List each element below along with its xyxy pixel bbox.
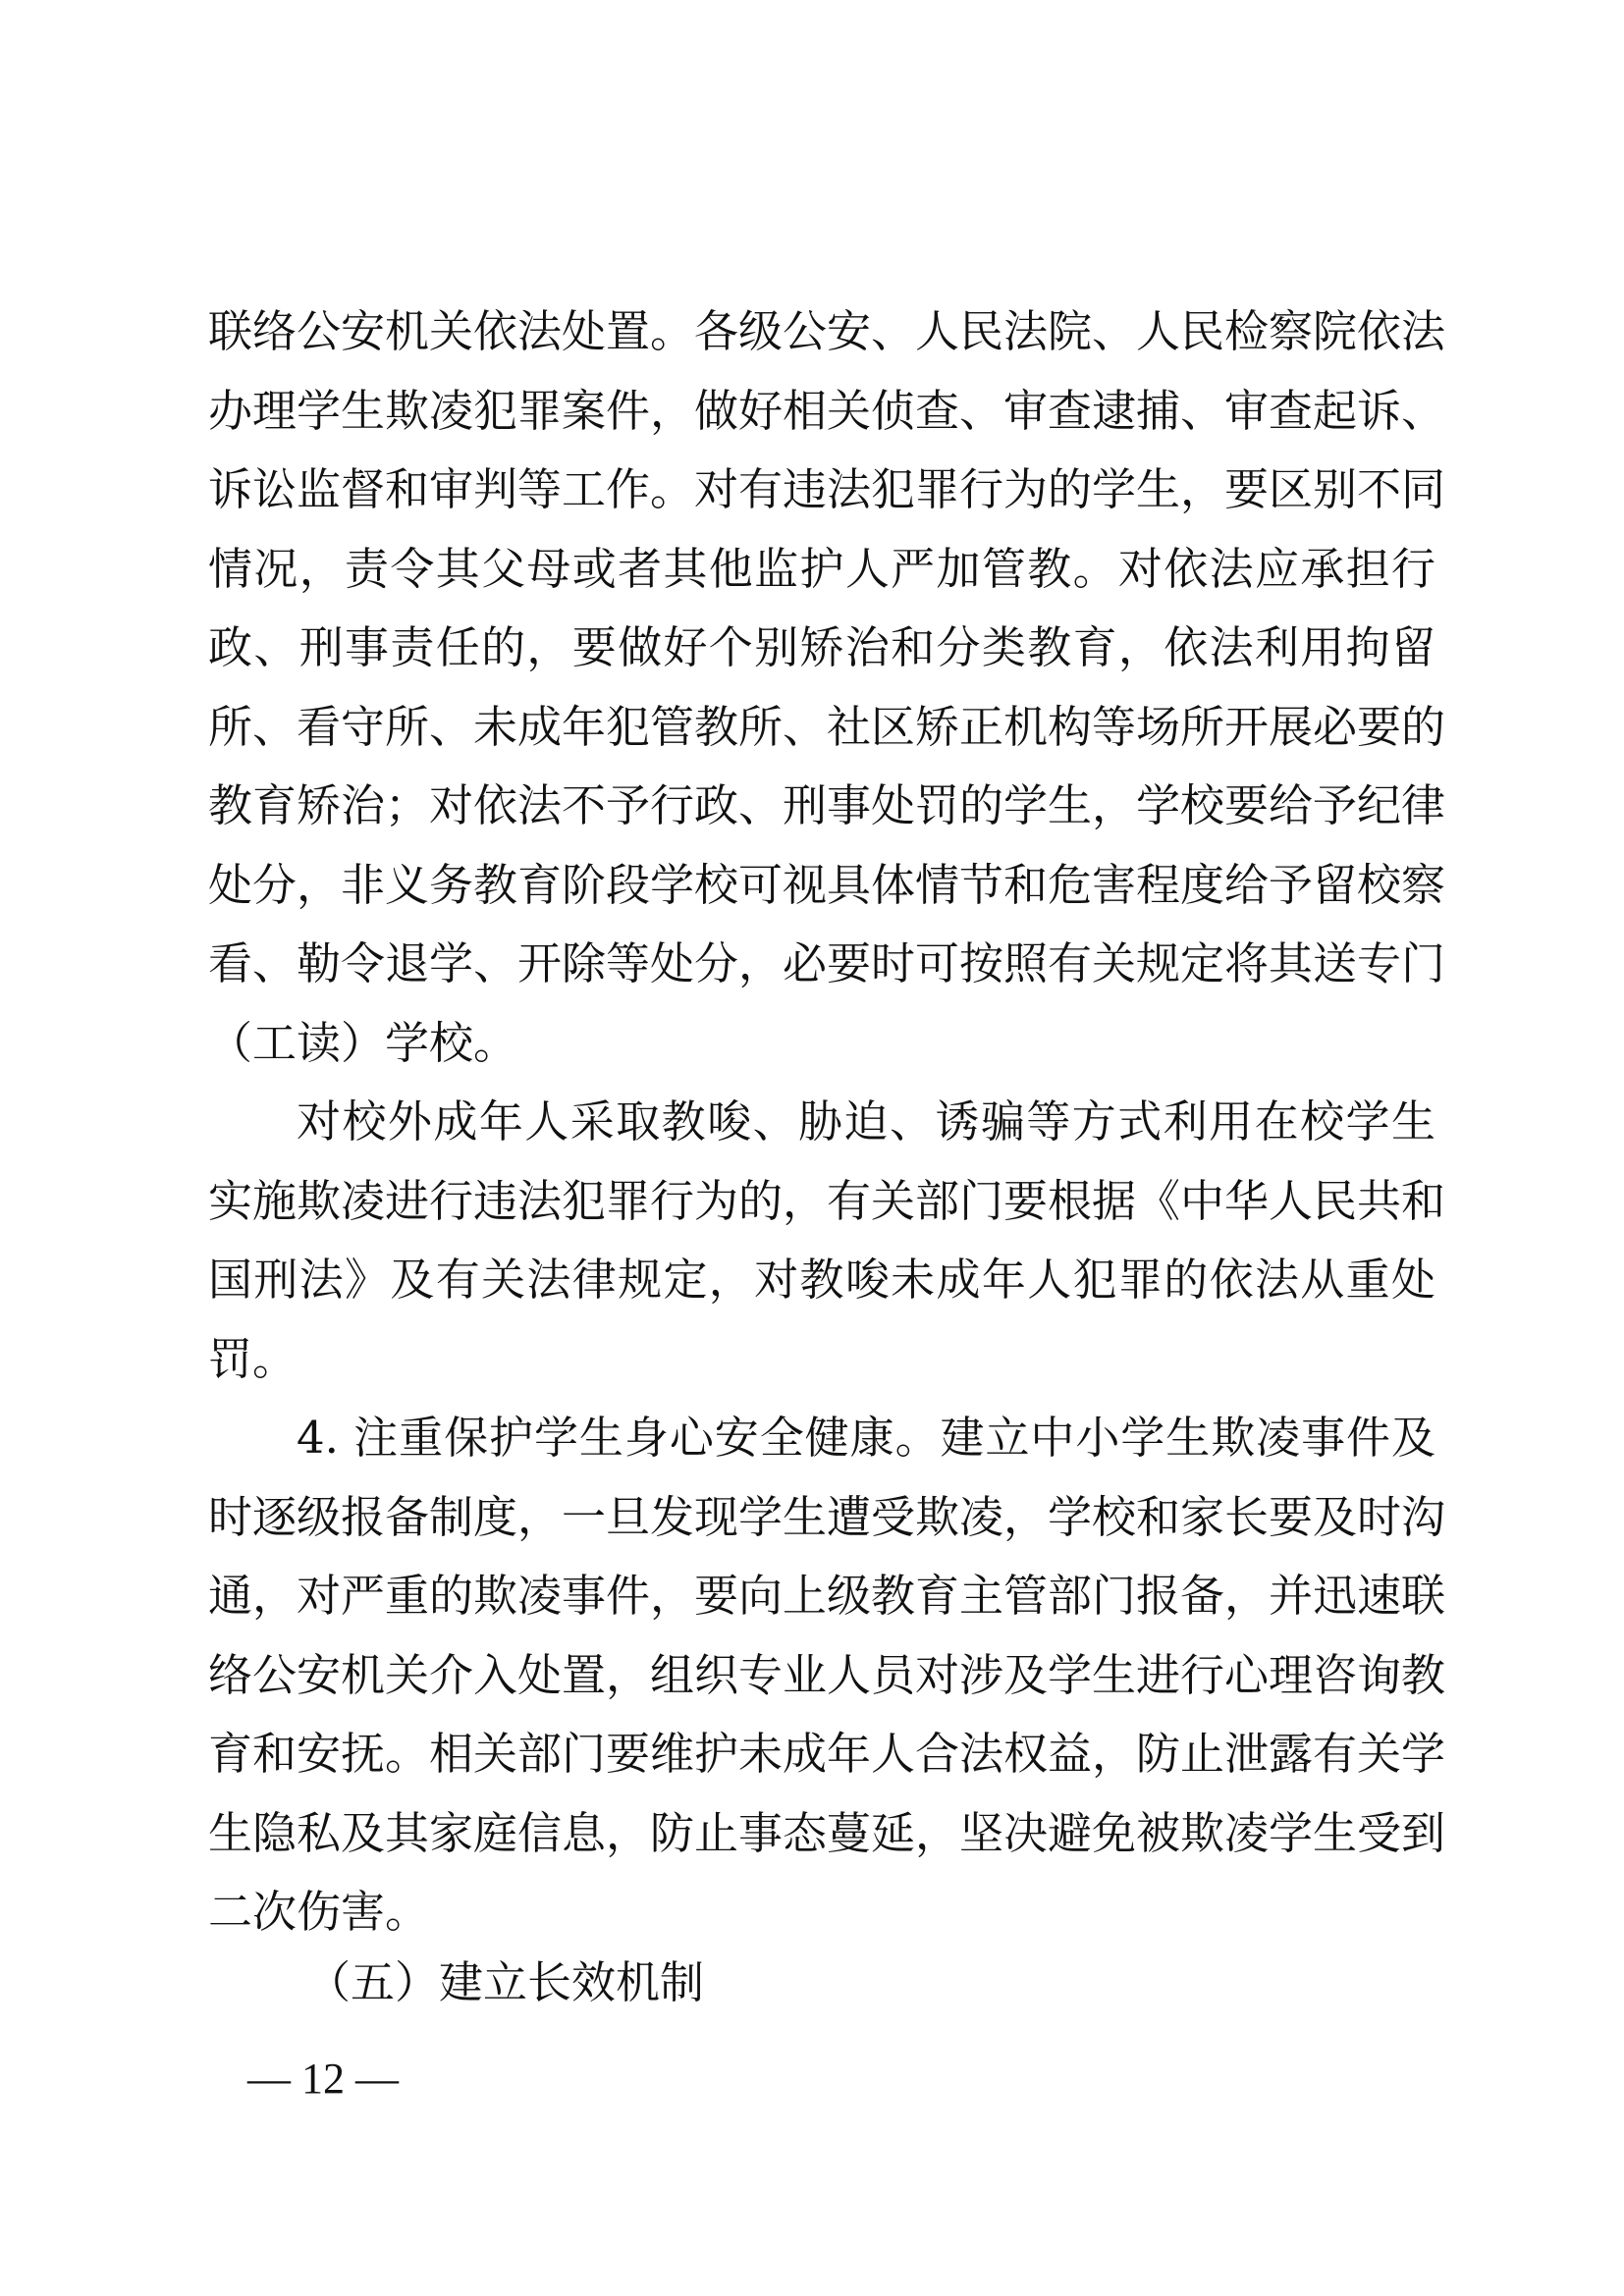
- text-line: 实施欺凌进行违法犯罪行为的，有关部门要根据《中华人民共和: [208, 1162, 1435, 1242]
- numbered-item-line: 4. 注重保护学生身心安全健康。建立中小学生欺凌事件及: [208, 1399, 1435, 1478]
- text-line: 情况，责令其父母或者其他监护人严加管教。对依法应承担行: [208, 530, 1435, 610]
- paragraph-start-line: 对校外成年人采取教唆、胁迫、诱骗等方式利用在校学生: [208, 1083, 1435, 1162]
- text-line: 育和安抚。相关部门要维护未成年人合法权益，防止泄露有关学: [208, 1715, 1435, 1794]
- section-heading: （五）建立长效机制: [306, 1944, 704, 2022]
- text-line: 政、刑事责任的，要做好个别矫治和分类教育，依法利用拘留: [208, 609, 1435, 688]
- text-line: 办理学生欺凌犯罪案件，做好相关侦查、审查逮捕、审查起诉、: [208, 372, 1435, 452]
- text-line: 二次伤害。: [208, 1873, 1435, 1952]
- text-line: 络公安机关介入处置，组织专业人员对涉及学生进行心理咨询教: [208, 1636, 1435, 1716]
- document-page: 联络公安机关依法处置。各级公安、人民法院、人民检察院依法 办理学生欺凌犯罪案件，…: [0, 0, 1624, 2296]
- text-line: （工读）学校。: [208, 1004, 1435, 1084]
- text-line: 处分，非义务教育阶段学校可视具体情节和危害程度给予留校察: [208, 846, 1435, 926]
- page-number: — 12 —: [247, 2050, 399, 2109]
- text-line: 诉讼监督和审判等工作。对有违法犯罪行为的学生，要区别不同: [208, 451, 1435, 530]
- text-line: 所、看守所、未成年犯管教所、社区矫正机构等场所开展必要的: [208, 688, 1435, 768]
- text-line: 生隐私及其家庭信息，防止事态蔓延，坚决避免被欺凌学生受到: [208, 1794, 1435, 1874]
- text-line: 联络公安机关依法处置。各级公安、人民法院、人民检察院依法: [208, 293, 1435, 372]
- body-text: 联络公安机关依法处置。各级公安、人民法院、人民检察院依法 办理学生欺凌犯罪案件，…: [208, 293, 1435, 1952]
- text-line: 时逐级报备制度，一旦发现学生遭受欺凌，学校和家长要及时沟: [208, 1478, 1435, 1558]
- text-line: 通，对严重的欺凌事件，要向上级教育主管部门报备，并迅速联: [208, 1557, 1435, 1636]
- text-line: 罚。: [208, 1320, 1435, 1400]
- text-line: 教育矫治；对依法不予行政、刑事处罚的学生，学校要给予纪律: [208, 767, 1435, 846]
- text-line: 看、勒令退学、开除等处分，必要时可按照有关规定将其送专门: [208, 925, 1435, 1004]
- text-line: 国刑法》及有关法律规定，对教唆未成年人犯罪的依法从重处: [208, 1241, 1435, 1320]
